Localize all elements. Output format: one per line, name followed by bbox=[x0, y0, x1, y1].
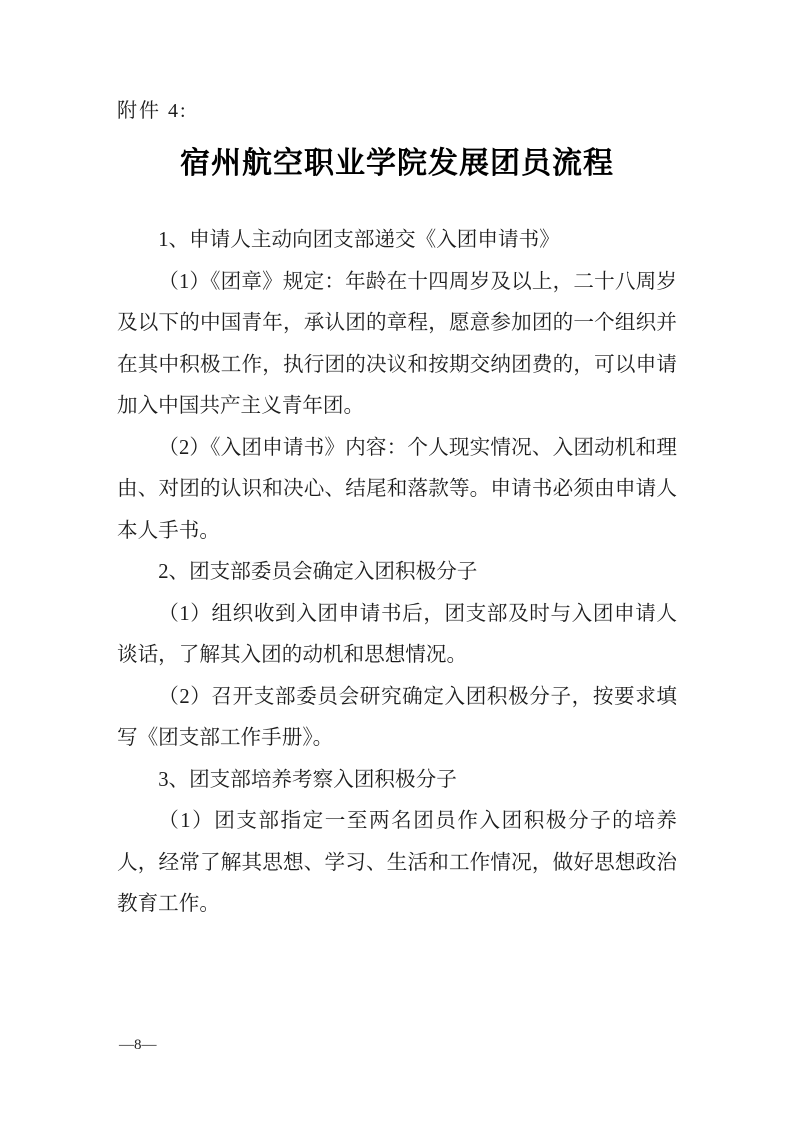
page-number: —8— bbox=[119, 1037, 157, 1054]
document-page: 附件 4: 宿州航空职业学院发展团员流程 1、申请人主动向团支部递交《入团申请书… bbox=[0, 0, 793, 1122]
paragraph: 1、申请人主动向团支部递交《入团申请书》 bbox=[117, 220, 677, 262]
document-title: 宿州航空职业学院发展团员流程 bbox=[117, 138, 677, 182]
paragraph: 3、团支部培养考察入团积极分子 bbox=[117, 760, 677, 802]
paragraph: （1）组织收到入团申请书后，团支部及时与入团申请人谈话，了解其入团的动机和思想情… bbox=[117, 594, 677, 677]
paragraph: （1）团支部指定一至两名团员作入团积极分子的培养人，经常了解其思想、学习、生活和… bbox=[117, 801, 677, 926]
paragraph: 2、团支部委员会确定入团积极分子 bbox=[117, 552, 677, 594]
document-body: 1、申请人主动向团支部递交《入团申请书》（1）《团章》规定：年龄在十四周岁及以上… bbox=[117, 220, 677, 926]
paragraph: （1）《团章》规定：年龄在十四周岁及以上，二十八周岁及以下的中国青年，承认团的章… bbox=[117, 262, 677, 428]
paragraph: （2）召开支部委员会研究确定入团积极分子，按要求填写《团支部工作手册》。 bbox=[117, 677, 677, 760]
paragraph: （2）《入团申请书》内容：个人现实情况、入团动机和理由、对团的认识和决心、结尾和… bbox=[117, 428, 677, 553]
attachment-label: 附件 4: bbox=[117, 94, 188, 123]
